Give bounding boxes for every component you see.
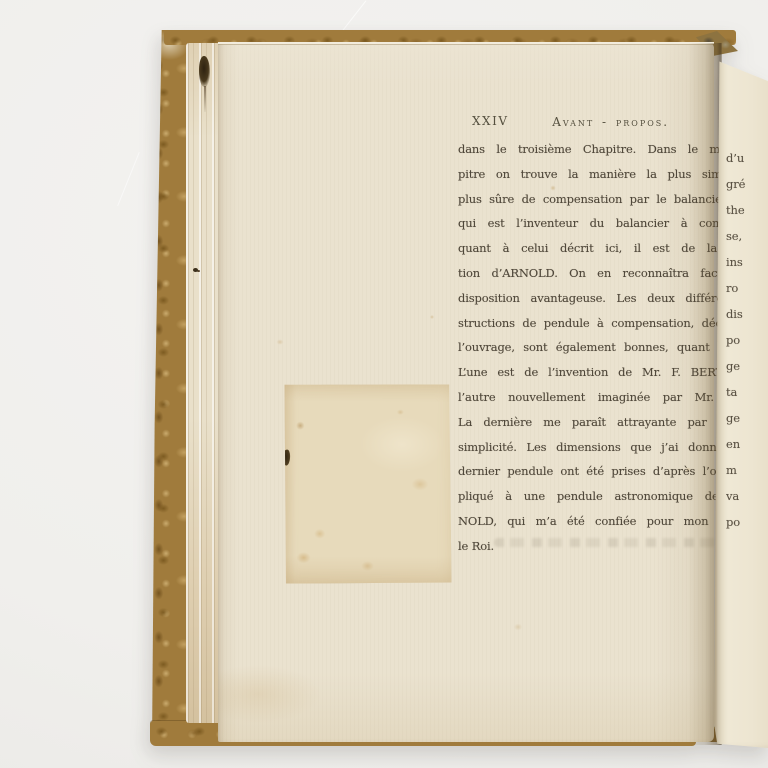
right-page-line-fragment: va bbox=[726, 483, 766, 509]
running-title: Avant - propos. bbox=[552, 115, 669, 129]
right-page-line-fragment: ta bbox=[726, 379, 766, 405]
right-page-line-fragment: po bbox=[726, 509, 766, 535]
right-page-line-fragment: m bbox=[726, 457, 766, 483]
right-page-line-fragment: se, bbox=[726, 223, 766, 249]
page-number: XXIV bbox=[472, 114, 509, 128]
right-page-line-fragment: po bbox=[726, 327, 766, 353]
open-book: XXIV Avant - propos. dans le troisième C… bbox=[148, 30, 768, 746]
paper-patch bbox=[283, 384, 452, 585]
book-photograph: XXIV Avant - propos. dans le troisième C… bbox=[0, 0, 768, 768]
right-page-line-fragment: dis bbox=[726, 301, 766, 327]
page-crack-mark bbox=[204, 86, 206, 112]
page-chip-mark bbox=[199, 56, 210, 87]
ink-speck bbox=[193, 268, 198, 272]
left-page: XXIV Avant - propos. dans le troisième C… bbox=[218, 42, 714, 742]
right-page-line-fragment: ge bbox=[726, 353, 766, 379]
right-page-line-fragment: d’u bbox=[726, 145, 766, 171]
background-scratch bbox=[117, 152, 140, 206]
right-page-text: d’u gré the se, ins ro dis po ge bbox=[726, 145, 766, 535]
right-page-line-fragment: gré bbox=[726, 171, 766, 197]
right-page-sliver: d’u gré the se, ins ro dis po ge bbox=[714, 46, 768, 748]
right-page-line-fragment: the bbox=[726, 197, 766, 223]
right-page-line-fragment: ins bbox=[726, 249, 766, 275]
right-page-line-fragment: ge bbox=[726, 405, 766, 431]
right-page-line-fragment: ro bbox=[726, 275, 766, 301]
patch-tear-mark bbox=[283, 450, 290, 466]
right-page-line-fragment: en bbox=[726, 431, 766, 457]
